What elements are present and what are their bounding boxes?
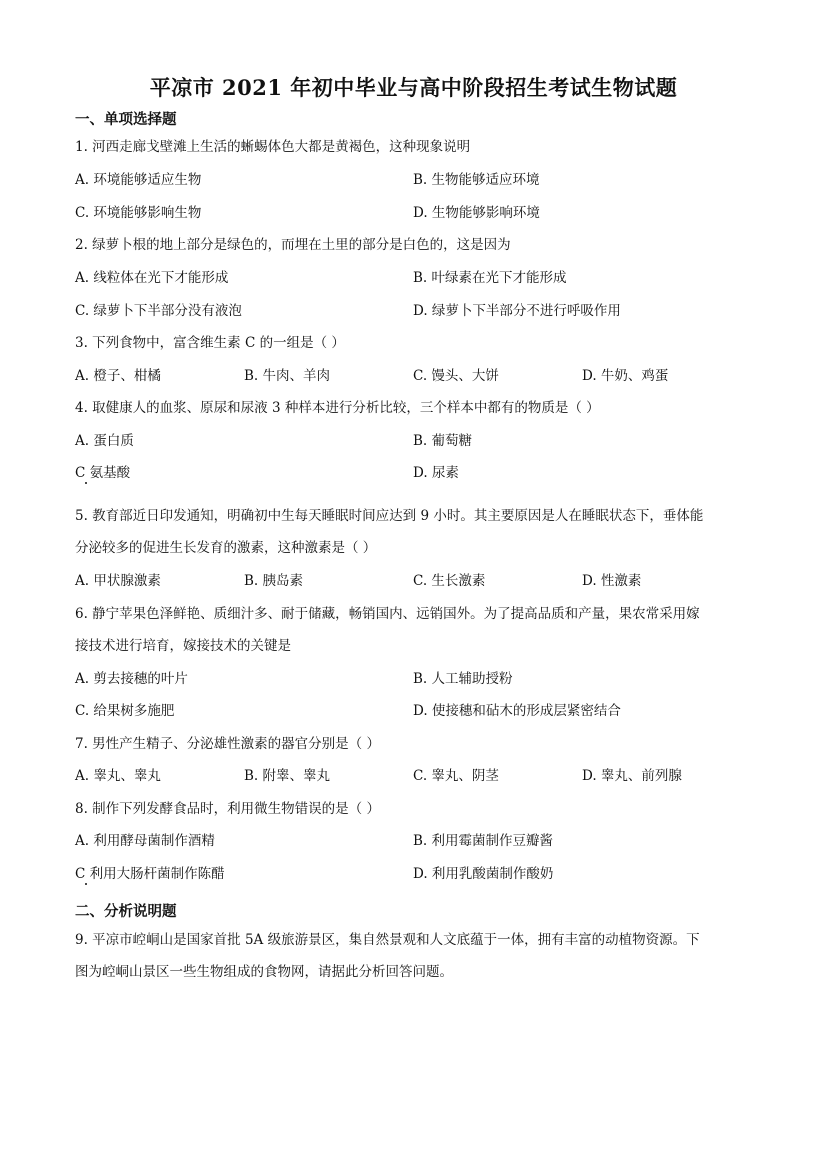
question-4-option-c: C 氨基酸 bbox=[75, 461, 130, 481]
question-1-option-b: B. 生物能够适应环境 bbox=[413, 168, 540, 188]
question-1-option-c: C. 环境能够影响生物 bbox=[75, 201, 201, 221]
question-4-stem: 4. 取健康人的血浆、原尿和尿液 3 种样本进行分析比较，三个样本中都有的物质是… bbox=[75, 396, 600, 416]
stray-dot-mark bbox=[85, 883, 87, 885]
question-3-option-c: C. 馒头、大饼 bbox=[413, 364, 499, 384]
question-7-stem: 7. 男性产生精子、分泌雄性激素的器官分别是（ ） bbox=[75, 732, 380, 752]
question-5-option-b: B. 胰岛素 bbox=[244, 569, 303, 589]
question-8-option-d: D. 利用乳酸菌制作酸奶 bbox=[413, 862, 553, 882]
question-5-stem-line-2: 分泌较多的促进生长发育的激素，这种激素是（ ） bbox=[75, 536, 376, 556]
question-6-option-c: C. 给果树多施肥 bbox=[75, 699, 174, 719]
question-2-option-a: A. 线粒体在光下才能形成 bbox=[75, 266, 228, 286]
question-3-option-b: B. 牛肉、羊肉 bbox=[244, 364, 330, 384]
question-1-option-d: D. 生物能够影响环境 bbox=[413, 201, 540, 221]
question-8-option-c: C 利用大肠杆菌制作陈醋 bbox=[75, 862, 225, 882]
question-7-option-a: A. 睾丸、睾丸 bbox=[75, 764, 161, 784]
question-3-option-d: D. 牛奶、鸡蛋 bbox=[582, 364, 668, 384]
question-4-option-a: A. 蛋白质 bbox=[75, 429, 134, 449]
section-heading-single-choice: 一、单项选择题 bbox=[75, 108, 177, 129]
question-1-stem: 1. 河西走廊戈壁滩上生活的蜥蜴体色大都是黄褐色，这种现象说明 bbox=[75, 135, 470, 155]
question-5-option-c: C. 生长激素 bbox=[413, 569, 485, 589]
question-6-stem-line-2: 接技术进行培育，嫁接技术的关键是 bbox=[75, 634, 291, 654]
exam-page: 平凉市 2021 年初中毕业与高中阶段招生考试生物试题 一、单项选择题 1. 河… bbox=[0, 0, 827, 1169]
question-7-option-d: D. 睾丸、前列腺 bbox=[582, 764, 682, 784]
question-8-stem: 8. 制作下列发酵食品时，利用微生物错误的是（ ） bbox=[75, 797, 380, 817]
question-2-stem: 2. 绿萝卜根的地上部分是绿色的，而埋在土里的部分是白色的，这是因为 bbox=[75, 233, 511, 253]
question-5-option-d: D. 性激素 bbox=[582, 569, 641, 589]
question-6-option-d: D. 使接穗和砧木的形成层紧密结合 bbox=[413, 699, 621, 719]
question-9-stem-line-2: 图为崆峒山景区一些生物组成的食物网，请据此分析回答问题。 bbox=[75, 960, 453, 980]
stray-dot-mark bbox=[85, 482, 87, 484]
question-5-stem-line-1: 5. 教育部近日印发通知，明确初中生每天睡眠时间应达到 9 小时。其主要原因是人… bbox=[75, 504, 703, 524]
question-6-stem-line-1: 6. 静宁苹果色泽鲜艳、质细汁多、耐于储藏，畅销国内、远销国外。为了提高品质和产… bbox=[75, 602, 700, 622]
question-2-option-b: B. 叶绿素在光下才能形成 bbox=[413, 266, 567, 286]
question-2-option-d: D. 绿萝卜下半部分不进行呼吸作用 bbox=[413, 299, 621, 319]
question-3-option-a: A. 橙子、柑橘 bbox=[75, 364, 161, 384]
question-8-option-b: B. 利用霉菌制作豆瓣酱 bbox=[413, 829, 553, 849]
page-title: 平凉市 2021 年初中毕业与高中阶段招生考试生物试题 bbox=[0, 72, 827, 102]
question-3-stem: 3. 下列食物中，富含维生素 C 的一组是（ ） bbox=[75, 331, 345, 351]
question-7-option-b: B. 附睾、睾丸 bbox=[244, 764, 330, 784]
question-9-stem-line-1: 9. 平凉市崆峒山是国家首批 5A 级旅游景区，集自然景观和人文底蕴于一体，拥有… bbox=[75, 928, 700, 948]
question-5-option-a: A. 甲状腺激素 bbox=[75, 569, 161, 589]
question-4-option-b: B. 葡萄糖 bbox=[413, 429, 472, 449]
question-6-option-a: A. 剪去接穗的叶片 bbox=[75, 667, 188, 687]
question-6-option-b: B. 人工辅助授粉 bbox=[413, 667, 513, 687]
question-2-option-c: C. 绿萝卜下半部分没有液泡 bbox=[75, 299, 242, 319]
question-4-option-d: D. 尿素 bbox=[413, 461, 459, 481]
question-7-option-c: C. 睾丸、阴茎 bbox=[413, 764, 499, 784]
section-heading-analysis: 二、分析说明题 bbox=[75, 900, 177, 921]
question-8-option-a: A. 利用酵母菌制作酒精 bbox=[75, 829, 215, 849]
question-1-option-a: A. 环境能够适应生物 bbox=[75, 168, 201, 188]
